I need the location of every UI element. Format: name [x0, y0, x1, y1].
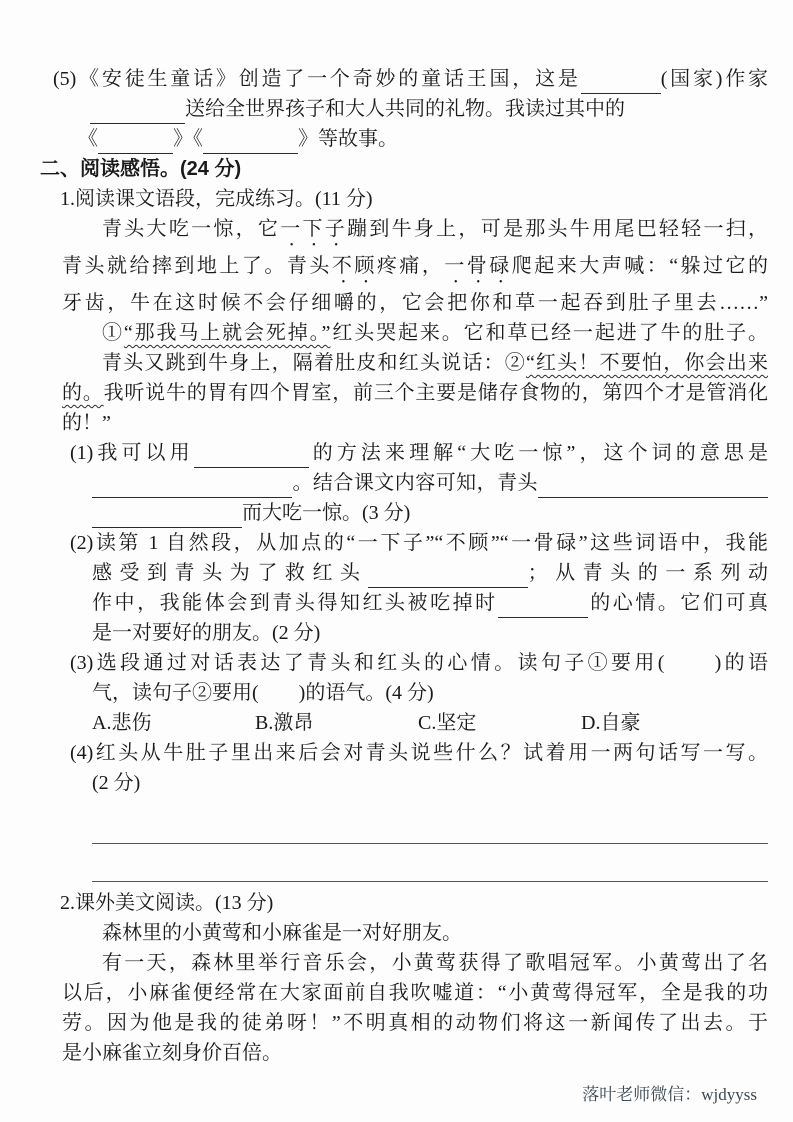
- question-2-text: ；从青头的一系列动: [528, 562, 768, 584]
- question-2-text: 作中，我能体会到青头得知红头被吃掉时: [92, 592, 498, 614]
- choice-options-row: A.悲伤 B.激昂 C.坚定 D.自豪: [40, 708, 768, 738]
- question-5-line-2: 送给全世界孩子和大人共同的礼物。我读过其中的: [40, 94, 768, 124]
- question-5-text: (5)《安徒生童话》创造了一个奇妙的童话王国，这是: [53, 68, 581, 90]
- question-2-line-3: 作中，我能体会到青头得知红头被吃掉时的心情。它们可真: [40, 588, 768, 618]
- answer-blank[interactable]: [203, 131, 298, 154]
- passage1-text: 蹦到牛身上，可是那头牛用尾巴轻轻一扫，: [347, 218, 768, 240]
- passage1-line: 牙齿，牛在这时候不会仔细嚼的，它会把你和草一起吞到肚子里去……”: [40, 288, 768, 318]
- question-2-text: 感受到青头为了救红头: [92, 562, 368, 584]
- question-1-text: 而大吃一惊。(3 分): [242, 502, 410, 524]
- passage2-line: 劳。因为他是我的徒弟呀！”不明真相的动物们将这一新闻传了出去。于: [40, 1008, 768, 1038]
- answer-blank[interactable]: [581, 71, 661, 94]
- question-1-line-1: (1)我可以用的方法来理解“大吃一惊”，这个词的意思是: [40, 438, 768, 468]
- exercise-2-title: 2.课外美文阅读。(13 分): [40, 888, 768, 918]
- question-2-line-4: 是一对要好的朋友。(2 分): [40, 618, 768, 648]
- question-1-text: 的方法来理解“大吃一惊”，这个词的意思是: [309, 442, 768, 464]
- emphasized-word: 一下子: [280, 218, 347, 240]
- question-5-line-1: (5)《安徒生童话》创造了一个奇妙的童话王国，这是(国家)作家: [40, 64, 768, 94]
- option-a[interactable]: A.悲伤: [92, 708, 255, 738]
- question-5-text: 《: [78, 128, 98, 150]
- option-b[interactable]: B.激昂: [255, 708, 418, 738]
- teacher-wechat-watermark: 落叶老师微信：wjdyyss: [582, 1080, 757, 1105]
- passage1-text: 我听说牛的胃有四个胃室，前三个主要是储存食物的，第四个才是管消化: [104, 382, 768, 404]
- question-1-text: (1)我可以用: [70, 442, 194, 464]
- passage2-line: 是小麻雀立刻身价百倍。: [40, 1038, 768, 1068]
- answer-blank[interactable]: [498, 595, 588, 618]
- exam-paper-page: (5)《安徒生童话》创造了一个奇妙的童话王国，这是(国家)作家 送给全世界孩子和…: [0, 0, 793, 1122]
- answer-blank[interactable]: [92, 475, 292, 498]
- question-2-text: 的心情。它们可真: [588, 592, 768, 614]
- question-1-line-3: 而大吃一惊。(3 分): [40, 498, 768, 528]
- passage1-sentence-2: 青头又跳到牛身上，隔着肚皮和红头说话：②“红头！不要怕，你会出来: [40, 348, 768, 378]
- emphasized-word: 一骨碌: [444, 255, 511, 277]
- question-4-points: (2 分): [40, 768, 768, 798]
- circled-1-marker: ①: [102, 322, 124, 344]
- wavy-underlined-text: “那我马上就会死掉。”: [124, 322, 331, 344]
- passage1-line: 的！”: [40, 408, 768, 438]
- answer-blank[interactable]: [538, 475, 768, 498]
- question-5-text: 送给全世界孩子和大人共同的礼物。我读过其中的: [185, 98, 625, 120]
- answer-blank[interactable]: [194, 445, 309, 468]
- passage1-line: 青头就给摔到地上了。青头不顾疼痛，一骨碌爬起来大声喊：“躲过它的: [40, 251, 768, 288]
- passage2-line: 森林里的小黄莺和小麻雀是一对好朋友。: [40, 918, 768, 948]
- question-3-line-1: (3)选段通过对话表达了青头和红头的心情。读句子①要用( )的语: [40, 648, 768, 678]
- wavy-underlined-text: “红头！不要怕，你会出来: [526, 352, 768, 374]
- question-4-line-1: (4)红头从牛肚子里出来后会对青头说些什么？试着用一两句话写一写。: [40, 738, 768, 768]
- passage1-text: 青头大吃一惊，它: [102, 218, 280, 240]
- question-5-text: 》等故事。: [298, 128, 398, 150]
- passage1-sentence-1: ①“那我马上就会死掉。”红头哭起来。它和草已经一起进了牛的肚子。: [40, 318, 768, 348]
- exercise-1-title: 1.阅读课文语段，完成练习。(11 分): [40, 184, 768, 214]
- option-d[interactable]: D.自豪: [581, 708, 744, 738]
- question-3-line-2: 气，读句子②要用( )的语气。(4 分): [40, 678, 768, 708]
- question-2-line-2: 感受到青头为了救红头；从青头的一系列动: [40, 558, 768, 588]
- passage2-line: 有一天，森林里举行音乐会，小黄莺获得了歌唱冠军。小黄莺出了名: [40, 948, 768, 978]
- passage2-line: 以后，小麻雀便经常在大家面前自我吹嘘道：“小黄莺得冠军，全是我的功: [40, 978, 768, 1008]
- answer-blank[interactable]: [368, 565, 528, 588]
- paper-content: (5)《安徒生童话》创造了一个奇妙的童话王国，这是(国家)作家 送给全世界孩子和…: [0, 0, 793, 1068]
- answer-blank[interactable]: [98, 131, 173, 154]
- answer-writing-line[interactable]: [92, 844, 768, 882]
- answer-blank[interactable]: [92, 505, 242, 528]
- question-1-text: 。结合课文内容可知，青头: [292, 472, 538, 494]
- answer-writing-line[interactable]: [92, 806, 768, 844]
- passage1-text: 青头又跳到牛身上，隔着肚皮和红头说话：②: [102, 352, 526, 374]
- passage1-line: 的。我听说牛的胃有四个胃室，前三个主要是储存食物的，第四个才是管消化: [40, 378, 768, 408]
- passage1-line: 青头大吃一惊，它一下子蹦到牛身上，可是那头牛用尾巴轻轻一扫，: [40, 214, 768, 251]
- question-1-line-2: 。结合课文内容可知，青头: [40, 468, 768, 498]
- passage1-text: 青头就给摔到地上了。青头: [62, 255, 332, 277]
- passage1-text: 疼痛，: [377, 255, 444, 277]
- question-2-line-1: (2)读第 1 自然段，从加点的“一下子”“不顾”“一骨碌”这些词语中，我能: [40, 528, 768, 558]
- section-2-heading: 二、阅读感悟。(24 分): [40, 154, 768, 184]
- emphasized-word: 不顾: [332, 255, 377, 277]
- question-5-line-3: 《》《》等故事。: [40, 124, 768, 154]
- passage1-text: 红头哭起来。它和草已经一起进了牛的肚子。: [330, 322, 768, 344]
- wavy-underlined-text: 的。: [62, 382, 104, 404]
- passage1-text: 爬起来大声喊：“躲过它的: [512, 255, 768, 277]
- option-c[interactable]: C.坚定: [418, 708, 581, 738]
- answer-blank[interactable]: [90, 101, 185, 124]
- question-5-text: 》《: [173, 128, 203, 150]
- question-5-text: (国家)作家: [661, 68, 768, 90]
